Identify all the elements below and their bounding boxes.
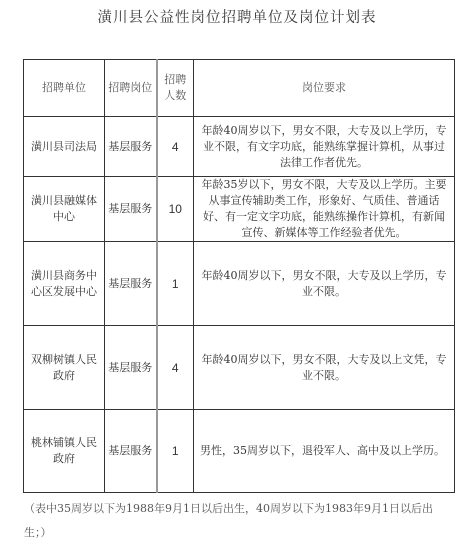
cell-unit: 潢川县融媒体中心 xyxy=(24,177,105,242)
table-row: 桃林铺镇人民政府 基层服务 1 男性，35周岁以下，退役军人、高中及以上学历。 xyxy=(24,410,455,493)
cell-count: 10 xyxy=(157,177,194,242)
table-header-row: 招聘单位 招聘岗位 招聘人数 岗位要求 xyxy=(24,60,455,117)
cell-post: 基层服务 xyxy=(105,410,157,493)
cell-requirement: 男性，35周岁以下，退役军人、高中及以上学历。 xyxy=(194,410,455,493)
table-row: 双柳树镇人民政府 基层服务 4 年龄40周岁以下，男女不限，大专及以上文凭，专业… xyxy=(24,326,455,410)
cell-requirement: 年龄40周岁以下，男女不限，大专及以上学历，专业不限，有文字功底，能熟练掌握计算… xyxy=(194,117,455,177)
header-requirement: 岗位要求 xyxy=(194,60,455,117)
table-row: 潢川县司法局 基层服务 4 年龄40周岁以下，男女不限，大专及以上学历，专业不限… xyxy=(24,117,455,177)
cell-post: 基层服务 xyxy=(105,117,157,177)
footnote: （表中35周岁以下为1988年9月1日以后出生，40周岁以下为1983年9月1日… xyxy=(24,497,454,545)
cell-post: 基层服务 xyxy=(105,326,157,410)
cell-post: 基层服务 xyxy=(105,242,157,326)
table-row: 潢川县商务中心区发展中心 基层服务 1 年龄40周岁以下，男女不限，大专及以上学… xyxy=(24,242,455,326)
cell-unit: 潢川县司法局 xyxy=(24,117,105,177)
document-title: 潢川县公益性岗位招聘单位及岗位计划表 xyxy=(0,6,474,27)
table-row: 潢川县融媒体中心 基层服务 10 年龄35岁以下，男女不限，大专及以上学历。主要… xyxy=(24,177,455,242)
cell-unit: 潢川县商务中心区发展中心 xyxy=(24,242,105,326)
cell-count: 4 xyxy=(157,117,194,177)
cell-unit: 桃林铺镇人民政府 xyxy=(24,410,105,493)
cell-count: 1 xyxy=(157,410,194,493)
cell-count: 1 xyxy=(157,242,194,326)
header-count: 招聘人数 xyxy=(157,60,194,117)
cell-requirement: 年龄35岁以下，男女不限，大专及以上学历。主要从事宣传辅助类工作，形象好、气质佳… xyxy=(194,177,455,242)
header-post: 招聘岗位 xyxy=(105,60,157,117)
header-unit: 招聘单位 xyxy=(24,60,105,117)
cell-requirement: 年龄40周岁以下，男女不限，大专及以上文凭，专业不限。 xyxy=(194,326,455,410)
cell-unit: 双柳树镇人民政府 xyxy=(24,326,105,410)
cell-count: 4 xyxy=(157,326,194,410)
cell-requirement: 年龄40周岁以下，男女不限，大专及以上学历，专业不限。 xyxy=(194,242,455,326)
cell-post: 基层服务 xyxy=(105,177,157,242)
recruitment-table: 招聘单位 招聘岗位 招聘人数 岗位要求 潢川县司法局 基层服务 4 年龄40周岁… xyxy=(23,59,455,493)
